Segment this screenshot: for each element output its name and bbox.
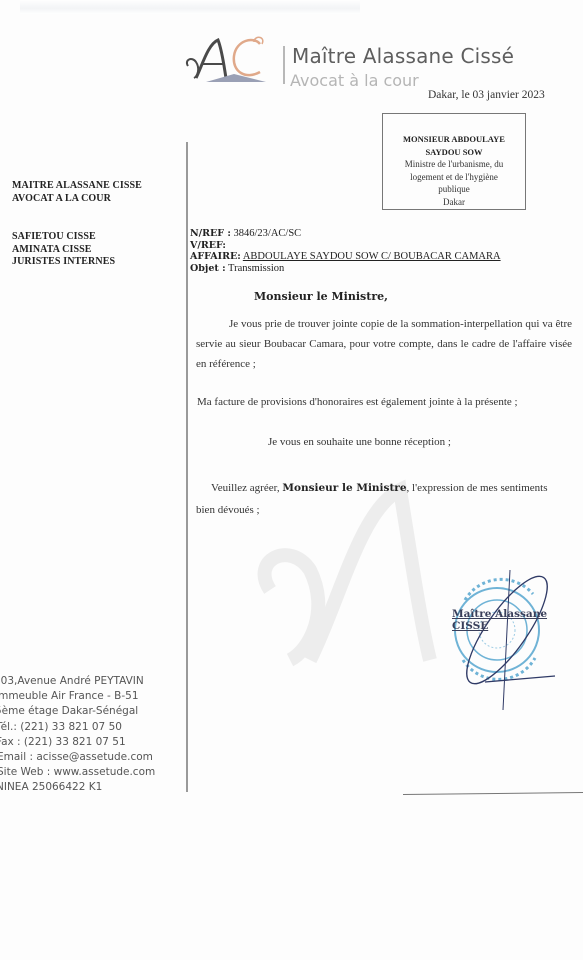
vref-label: V/REF: (190, 240, 226, 251)
recipient-title-line2: logement et de l'hygiène (383, 171, 525, 184)
firm-subtitle: Avocat à la cour (290, 71, 419, 90)
firm-name: Maître Alassane Cissé (292, 44, 514, 68)
footer-line: Immeuble Air France - B-51 (0, 689, 155, 704)
closing-after: , l'expression de mes sentiments (407, 482, 548, 494)
footer-line: NINEA 25066422 K1 (0, 780, 155, 795)
letter-page: Maître Alassane Cissé Avocat à la cour D… (0, 0, 583, 960)
affaire-label: AFFAIRE: (190, 251, 241, 262)
staff-item: JURISTES INTERNES (12, 256, 115, 269)
scan-shadow (20, 0, 360, 14)
staff-item: AMINATA CISSE (12, 244, 115, 257)
stamp-signature-icon (445, 570, 583, 710)
left-firm-line1: MAITRE ALASSANE CISSE (12, 180, 142, 193)
paragraph-2: Ma facture de provisions d'honoraires es… (196, 392, 572, 412)
footer-line: 5ème étage Dakar-Sénégal (0, 704, 155, 719)
paragraph-3: Je vous en souhaite une bonne réception … (196, 432, 572, 452)
closing-formula: Veuillez agréer, Monsieur le Ministre, l… (196, 477, 572, 500)
footer-line: Fax : (221) 33 821 07 51 (0, 735, 155, 750)
scan-edge-line (403, 792, 583, 795)
letter-body: Je vous prie de trouver jointe copie de … (196, 314, 572, 520)
left-firm-line2: AVOCAT A LA COUR (12, 193, 142, 206)
footer-line: Site Web : www.assetude.com (0, 765, 155, 780)
closing-bold: Monsieur le Ministre (282, 482, 406, 494)
recipient-name-line1: MONSIEUR ABDOULAYE (383, 133, 525, 146)
left-firm-block: MAITRE ALASSANE CISSE AVOCAT A LA COUR (12, 180, 142, 205)
left-staff-block: SAFIETOU CISSE AMINATA CISSE JURISTES IN… (12, 231, 115, 269)
references-block: N/REF : 3846/23/AC/SC V/REF: AFFAIRE: AB… (190, 228, 501, 274)
recipient-city: Dakar (383, 196, 525, 209)
logo-divider (283, 46, 285, 84)
firm-logo-icon (184, 36, 284, 82)
closing-before: Veuillez agréer, (211, 482, 280, 494)
nref-label: N/REF : (190, 228, 231, 239)
letter-date: Dakar, le 03 janvier 2023 (428, 89, 545, 101)
recipient-name-line2: SAYDOU SOW (383, 146, 525, 159)
salutation: Monsieur le Ministre, (254, 290, 388, 303)
paragraph-1: Je vous prie de trouver jointe copie de … (196, 314, 572, 374)
objet-label: Objet : (190, 263, 226, 274)
staff-item: SAFIETOU CISSE (12, 231, 115, 244)
recipient-box: MONSIEUR ABDOULAYE SAYDOU SOW Ministre d… (382, 113, 526, 210)
affaire-value: ABDOULAYE SAYDOU SOW C/ BOUBACAR CAMARA (243, 251, 501, 262)
recipient-title-line3: publique (383, 183, 525, 196)
column-divider (186, 142, 188, 792)
recipient-title-line1: Ministre de l'urbanisme, du (383, 158, 525, 171)
footer-address: 103,Avenue André PEYTAVIN Immeuble Air F… (0, 674, 155, 796)
closing-line2: bien dévoués ; (196, 500, 572, 520)
footer-line: Email : acisse@assetude.com (0, 750, 155, 765)
nref-value: 3846/23/AC/SC (233, 228, 301, 239)
footer-line: 103,Avenue André PEYTAVIN (0, 674, 155, 689)
objet-value: Transmission (228, 263, 284, 274)
signatory-name: Maître Alassane CISSE (452, 608, 583, 632)
footer-line: Tél.: (221) 33 821 07 50 (0, 720, 155, 735)
